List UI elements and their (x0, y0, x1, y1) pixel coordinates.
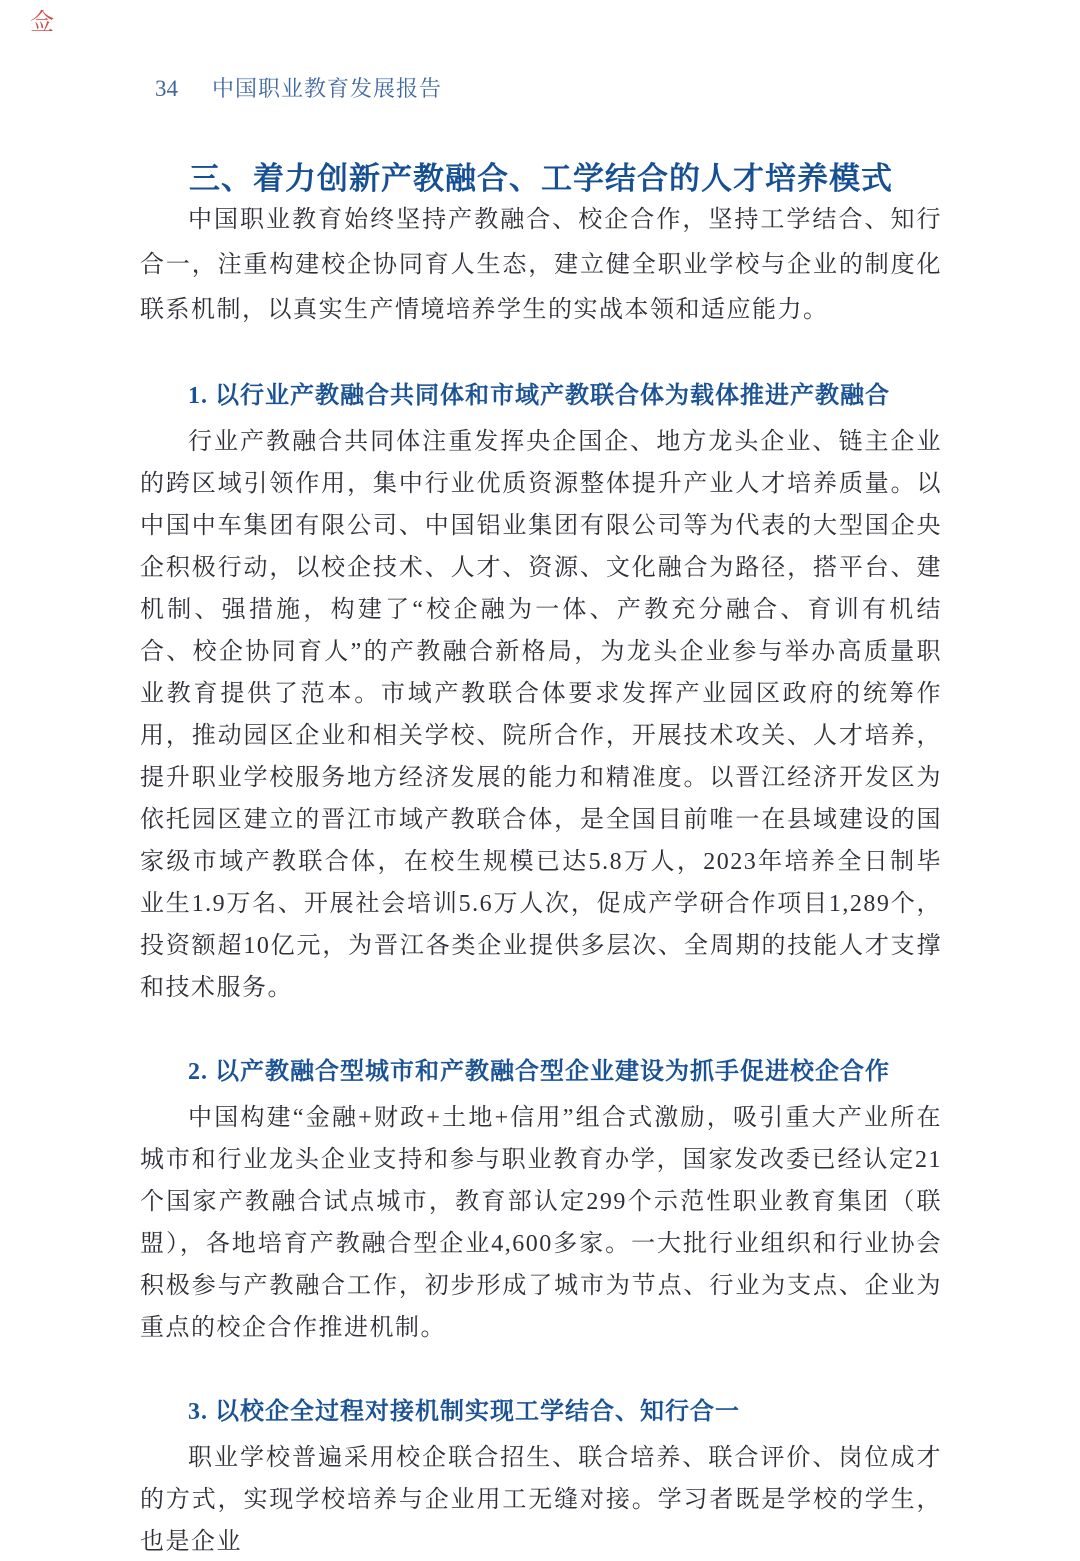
corner-stamp: 佥 (30, 2, 54, 37)
section-3-body: 职业学校普遍采用校企联合招生、联合培养、联合评价、岗位成才的方式，实现学校培养与… (140, 1437, 942, 1561)
page-number: 34 (155, 76, 178, 102)
page-content: 三、着力创新产教融合、工学结合的人才培养模式 中国职业教育始终坚持产教融合、校企… (140, 153, 942, 1561)
section-2-body: 中国构建“金融+财政+土地+信用”组合式激励，吸引重大产业所在城市和行业龙头企业… (140, 1097, 942, 1349)
section-3: 3. 以校企全过程对接机制实现工学结合、知行合一 职业学校普遍采用校企联合招生、… (140, 1395, 942, 1561)
chapter-title: 三、着力创新产教融合、工学结合的人才培养模式 (140, 153, 942, 198)
section-2: 2. 以产教融合型城市和产教融合型企业建设为抓手促进校企合作 中国构建“金融+财… (140, 1055, 942, 1349)
intro-paragraph: 中国职业教育始终坚持产教融合、校企合作，坚持工学结合、知行合一，注重构建校企协同… (140, 198, 942, 333)
section-1-body: 行业产教融合共同体注重发挥央企国企、地方龙头企业、链主企业的跨区域引领作用，集中… (140, 421, 942, 1009)
document-page: 佥 34 中国职业教育发展报告 三、着力创新产教融合、工学结合的人才培养模式 中… (0, 0, 1080, 1561)
section-3-heading: 3. 以校企全过程对接机制实现工学结合、知行合一 (140, 1395, 942, 1429)
section-1-heading: 1. 以行业产教融合共同体和市域产教联合体为载体推进产教融合 (140, 379, 942, 413)
report-title: 中国职业教育发展报告 (212, 72, 442, 103)
section-2-heading: 2. 以产教融合型城市和产教融合型企业建设为抓手促进校企合作 (140, 1055, 942, 1089)
running-header: 34 中国职业教育发展报告 (0, 0, 1080, 103)
section-1: 1. 以行业产教融合共同体和市域产教联合体为载体推进产教融合 行业产教融合共同体… (140, 379, 942, 1009)
